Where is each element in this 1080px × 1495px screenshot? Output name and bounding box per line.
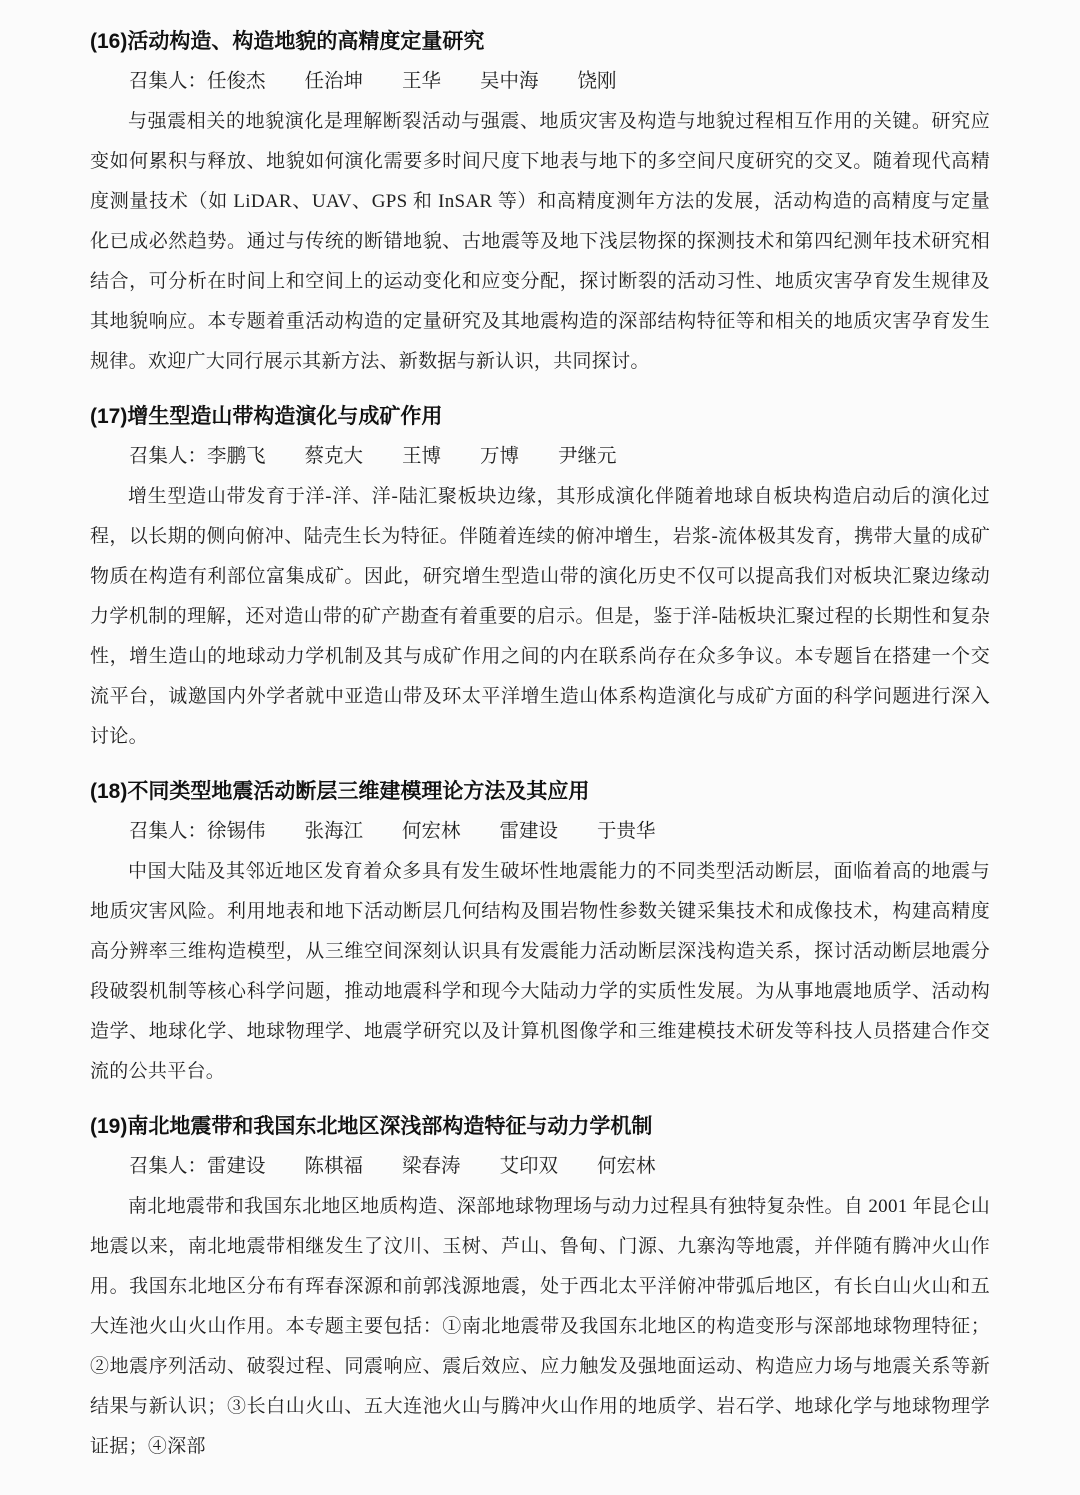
conveners-names: 李鹏飞 蔡克大 王博 万博 尹继元 <box>207 446 617 467</box>
topic-title-18: (18)不同类型地震活动断层三维建模理论方法及其应用 <box>90 772 990 812</box>
topic-description-18: 中国大陆及其邻近地区发育着众多具有发生破坏性地震能力的不同类型活动断层，面临着高… <box>90 852 990 1092</box>
conveners-label: 召集人： <box>129 1156 207 1177</box>
conveners-line-17: 召集人：李鹏飞 蔡克大 王博 万博 尹继元 <box>90 437 990 477</box>
conveners-line-18: 召集人：徐锡伟 张海江 何宏林 雷建设 于贵华 <box>90 812 990 852</box>
conveners-label: 召集人： <box>129 446 207 467</box>
topic-title-19: (19)南北地震带和我国东北地区深浅部构造特征与动力学机制 <box>90 1107 990 1147</box>
topic-description-19: 南北地震带和我国东北地区地质构造、深部地球物理场与动力过程具有独特复杂性。自 2… <box>90 1187 990 1467</box>
conveners-line-16: 召集人：任俊杰 任治坤 王华 吴中海 饶刚 <box>90 62 990 102</box>
topic-section-19: (19)南北地震带和我国东北地区深浅部构造特征与动力学机制 召集人：雷建设 陈棋… <box>90 1107 990 1467</box>
conveners-names: 任俊杰 任治坤 王华 吴中海 饶刚 <box>207 71 617 92</box>
conveners-line-19: 召集人：雷建设 陈棋福 梁春涛 艾印双 何宏林 <box>90 1147 990 1187</box>
conveners-names: 雷建设 陈棋福 梁春涛 艾印双 何宏林 <box>207 1156 656 1177</box>
topic-title-17: (17)增生型造山带构造演化与成矿作用 <box>90 397 990 437</box>
conveners-label: 召集人： <box>129 821 207 842</box>
topic-section-18: (18)不同类型地震活动断层三维建模理论方法及其应用 召集人：徐锡伟 张海江 何… <box>90 772 990 1092</box>
topic-title-16: (16)活动构造、构造地貌的高精度定量研究 <box>90 22 990 62</box>
topic-section-16: (16)活动构造、构造地貌的高精度定量研究 召集人：任俊杰 任治坤 王华 吴中海… <box>90 22 990 382</box>
conveners-label: 召集人： <box>129 71 207 92</box>
topic-description-16: 与强震相关的地貌演化是理解断裂活动与强震、地质灾害及构造与地貌过程相互作用的关键… <box>90 102 990 382</box>
conveners-names: 徐锡伟 张海江 何宏林 雷建设 于贵华 <box>207 821 656 842</box>
topic-section-17: (17)增生型造山带构造演化与成矿作用 召集人：李鹏飞 蔡克大 王博 万博 尹继… <box>90 397 990 757</box>
conference-topics-page: (16)活动构造、构造地貌的高精度定量研究 召集人：任俊杰 任治坤 王华 吴中海… <box>0 0 1080 1495</box>
topic-description-17: 增生型造山带发育于洋-洋、洋-陆汇聚板块边缘，其形成演化伴随着地球自板块构造启动… <box>90 477 990 757</box>
